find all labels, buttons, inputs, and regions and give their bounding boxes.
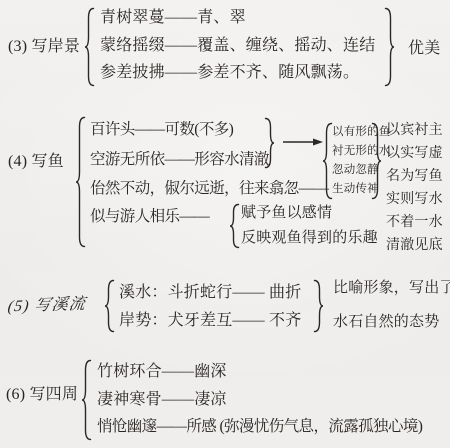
section5-line1: 溪水：斗折蛇行—— 曲折 <box>119 283 301 302</box>
section5-result-line1: 比喻形象，写出了 <box>333 279 450 297</box>
section3-close-brace-icon <box>384 7 395 87</box>
section4-right-line5: 不着一水 <box>386 215 443 232</box>
section3-result: 优美 <box>408 39 440 58</box>
section6-open-brace-icon <box>81 359 92 441</box>
section4-right-line4: 实则写水 <box>386 192 443 209</box>
section4-line3: 佁然不动，俶尔远逝，往来翕忽—— <box>90 180 328 199</box>
section4-right-line6: 清澈见底 <box>386 238 443 255</box>
section5-result-line2: 水石自然的态势 <box>333 313 439 331</box>
section3-line3: 参差披拂——参差不齐、随风飘荡。 <box>100 63 359 82</box>
section5-label: (5) 写溪流 <box>7 295 87 317</box>
section6-line1: 竹树环合——幽深 <box>97 362 227 381</box>
section4-mid-close-brace-icon <box>371 122 382 200</box>
section4-right-line2: 以实写虚 <box>386 146 443 163</box>
section5-open-brace-icon <box>104 279 115 333</box>
section4-group-close-brace-icon <box>264 117 275 169</box>
section6-line3: 悄怆幽邃——所感 (弥漫忧伤气息，流露孤独心境) <box>97 418 422 437</box>
section3-label: (3) 写岸景 <box>8 37 80 56</box>
section4-open-brace-icon <box>75 116 86 248</box>
section4-right-line1: 以宾衬主 <box>386 123 443 140</box>
section4-sub-open-brace-icon <box>229 203 240 249</box>
section4-sub-line2: 反映观鱼得到的乐趣 <box>241 229 378 247</box>
right-arrow-icon <box>283 136 323 148</box>
section3-line1: 青树翠蔓——青、翠 <box>100 8 246 27</box>
section3-open-brace-icon <box>84 7 95 87</box>
section4-sub-line1: 赋予鱼以感情 <box>241 204 332 222</box>
section4-line2: 空游无所依——形容水清澈 <box>90 151 269 170</box>
notes-diagram-page: (3) 写岸景 青树翠蔓——青、翠 蒙络摇缀——覆盖、缠绕、摇动、连结 参差披拂… <box>0 0 450 448</box>
section4-label: (4) 写鱼 <box>8 152 64 171</box>
section6-line2: 凄神寒骨——凄凉 <box>97 390 227 409</box>
section5-close-brace-icon <box>313 279 324 333</box>
section4-line1: 百许头——可数(不多) <box>90 121 233 140</box>
section4-line4: 似与游人相乐—— <box>90 208 209 227</box>
section3-line2: 蒙络摇缀——覆盖、缠绕、摇动、连结 <box>100 36 375 55</box>
section4-right-line3: 名为写鱼 <box>386 169 443 186</box>
section5-line2: 岸势：犬牙差互—— 不齐 <box>119 311 301 330</box>
section6-label: (6) 写四周 <box>6 385 78 404</box>
